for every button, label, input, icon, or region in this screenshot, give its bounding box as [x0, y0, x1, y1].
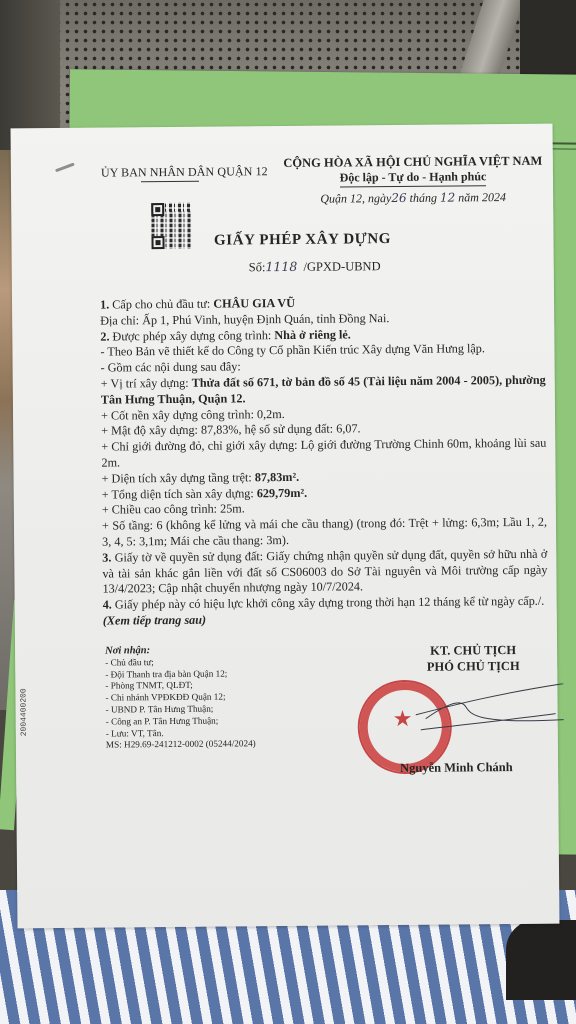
number-label: Số:	[249, 260, 266, 274]
national-header: CỘNG HÒA XÃ HỘI CHỦ NGHĨA VIỆT NAM Độc l…	[273, 154, 553, 207]
construction-permit-document: 2004400200 ỦY BAN NHÂN DÂN QUẬN 12 CỘNG …	[11, 124, 560, 929]
permit-paragraph: 3. Giấy tờ về quyền sử dụng đất: Giấy ch…	[102, 546, 547, 597]
permit-paragraph: + Vị trí xây dựng: Thửa đất số 671, tờ b…	[101, 373, 546, 408]
country-header: CỘNG HÒA XÃ HỘI CHỦ NGHĨA VIỆT NAM	[273, 154, 553, 171]
issue-date: Quận 12, ngày26 tháng 12 năm 2024	[273, 190, 553, 207]
signature-title: KT. CHỦ TỊCH PHÓ CHỦ TỊCH	[403, 642, 543, 675]
permit-paragraph: + Chỉ giới đường đỏ, chỉ giới xây dựng: …	[101, 436, 546, 471]
document-number: Số:1118 /GPXD-UBND	[249, 258, 381, 275]
issuer-header: ỦY BAN NHÂN DÂN QUẬN 12	[101, 164, 268, 180]
side-barcode-number: 2004400200	[19, 688, 28, 736]
issuer-underline	[141, 181, 199, 183]
continued-note: (Xem tiếp trang sau)	[103, 610, 548, 630]
issuer-name: ỦY BAN NHÂN DÂN QUẬN 12	[101, 164, 268, 179]
motto: Độc lập - Tự do - Hạnh phúc	[340, 169, 487, 187]
permit-paragraph: + Số tầng: 6 (không kể lửng và mái che c…	[102, 515, 547, 550]
signer-name: Nguyễn Minh Chánh	[400, 760, 513, 776]
number-suffix: /GPXD-UBND	[303, 259, 380, 274]
star-emblem-icon: ★	[393, 706, 413, 732]
permit-body: 1. Cấp cho chủ đầu tư: CHÂU GIA VŨĐịa ch…	[100, 294, 548, 630]
date-day: 26	[391, 191, 406, 205]
recipients-list: - Chủ đầu tư;- Đội Thanh tra địa bàn Quậ…	[105, 656, 256, 740]
dark-corner	[506, 920, 576, 1000]
document-title: GIẤY PHÉP XÂY DỰNG	[11, 230, 553, 252]
ms-code: MS: H29.69-241212-0002 (05244/2024)	[106, 739, 256, 752]
handwritten-signature-icon	[415, 684, 565, 735]
recipients-block: Nơi nhận: - Chủ đầu tư;- Đội Thanh tra đ…	[105, 644, 256, 751]
date-prefix: Quận 12, ngày	[320, 191, 391, 206]
date-year: năm 2024	[458, 190, 506, 204]
staple-icon	[55, 163, 75, 173]
background-shadow	[520, 0, 576, 85]
date-month-label: tháng	[410, 191, 437, 205]
sign-line-1: KT. CHỦ TỊCH	[403, 642, 543, 659]
number-handwritten: 1118	[265, 259, 297, 274]
sign-line-2: PHÓ CHỦ TỊCH	[403, 658, 543, 675]
date-month: 12	[440, 191, 455, 205]
